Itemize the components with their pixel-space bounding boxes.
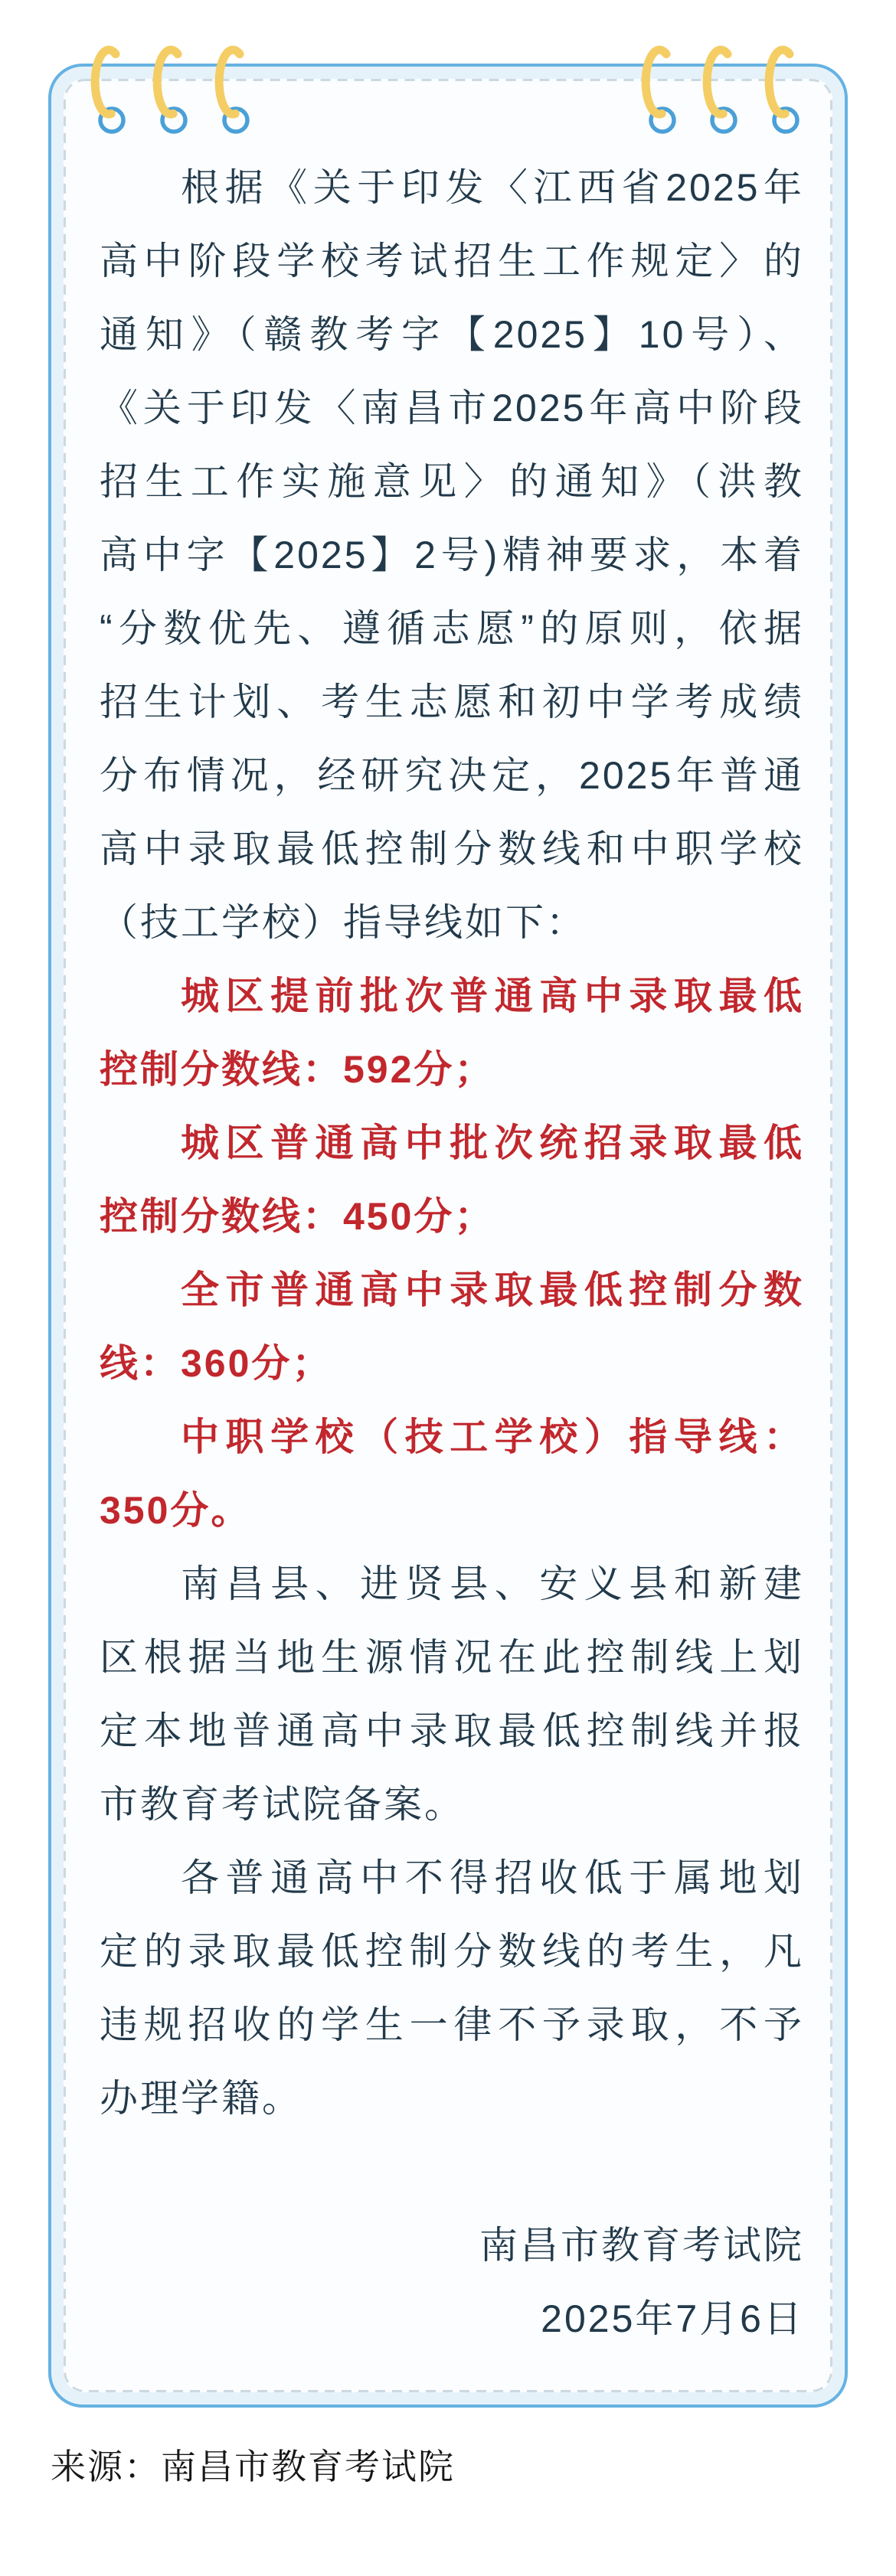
spiral-ring-icon	[760, 44, 813, 139]
notice-line: 根据《关于印发〈江西省2025年	[100, 151, 804, 224]
notice-line: 定本地普通高中录取最低控制线并报	[100, 1694, 804, 1768]
notice-line: 城区提前批次普通高中录取最低	[100, 959, 804, 1033]
notice-line: 市教育考试院备案。	[100, 1768, 804, 1841]
notice-line: “分数优先、遵循志愿”的原则，依据	[100, 592, 804, 665]
spiral-ring-icon	[210, 44, 263, 139]
notice-line: 定的录取最低控制分数线的考生，凡	[100, 1915, 804, 1988]
notice-line: 南昌市教育考试院	[100, 2209, 804, 2282]
notice-line: 招生计划、考生志愿和初中学考成绩	[100, 665, 804, 739]
notice-line: 350分。	[100, 1474, 804, 1547]
notice-body: 根据《关于印发〈江西省2025年高中阶段学校考试招生工作规定〉的通知》（赣教考字…	[100, 151, 804, 2356]
notice-line: 高中字【2025】2号)精神要求，本着	[100, 518, 804, 592]
spiral-ring-icon	[698, 44, 751, 139]
source-caption: 来源：南昌市教育考试院	[51, 2444, 455, 2489]
notice-line: 2025年7月6日	[100, 2282, 804, 2356]
notice-line: 城区普通高中批次统招录取最低	[100, 1106, 804, 1180]
notice-line: 控制分数线：450分；	[100, 1180, 804, 1253]
notice-line: （技工学校）指导线如下：	[100, 886, 804, 959]
notice-line: 办理学籍。	[100, 2062, 804, 2135]
notice-line: 《关于印发〈南昌市2025年高中阶段	[100, 371, 804, 445]
notice-line: 高中阶段学校考试招生工作规定〉的	[100, 224, 804, 298]
notice-line: 线：360分；	[100, 1327, 804, 1400]
notice-line: 中职学校（技工学校）指导线：	[100, 1400, 804, 1474]
notice-line: 高中录取最低控制分数线和中职学校	[100, 812, 804, 886]
notice-line: 招生工作实施意见〉的通知》（洪教	[100, 445, 804, 518]
notice-line: 区根据当地生源情况在此控制线上划	[100, 1621, 804, 1694]
notice-line: 各普通高中不得招收低于属地划	[100, 1841, 804, 1915]
notice-line: 分布情况，经研究决定，2025年普通	[100, 739, 804, 812]
notice-line: 违规招收的学生一律不予录取，不予	[100, 1988, 804, 2062]
notice-line: 南昌县、进贤县、安义县和新建	[100, 1547, 804, 1621]
notice-line: 控制分数线：592分；	[100, 1033, 804, 1106]
notice-line: 通知》（赣教考字【2025】10号）、	[100, 298, 804, 371]
spiral-ring-icon	[636, 44, 690, 139]
spiral-ring-icon	[148, 44, 201, 139]
notice-line: 全市普通高中录取最低控制分数	[100, 1253, 804, 1327]
spiral-ring-icon	[86, 44, 139, 139]
blank-line	[100, 2135, 804, 2209]
notice-poster: 根据《关于印发〈江西省2025年高中阶段学校考试招生工作规定〉的通知》（赣教考字…	[0, 0, 896, 2576]
